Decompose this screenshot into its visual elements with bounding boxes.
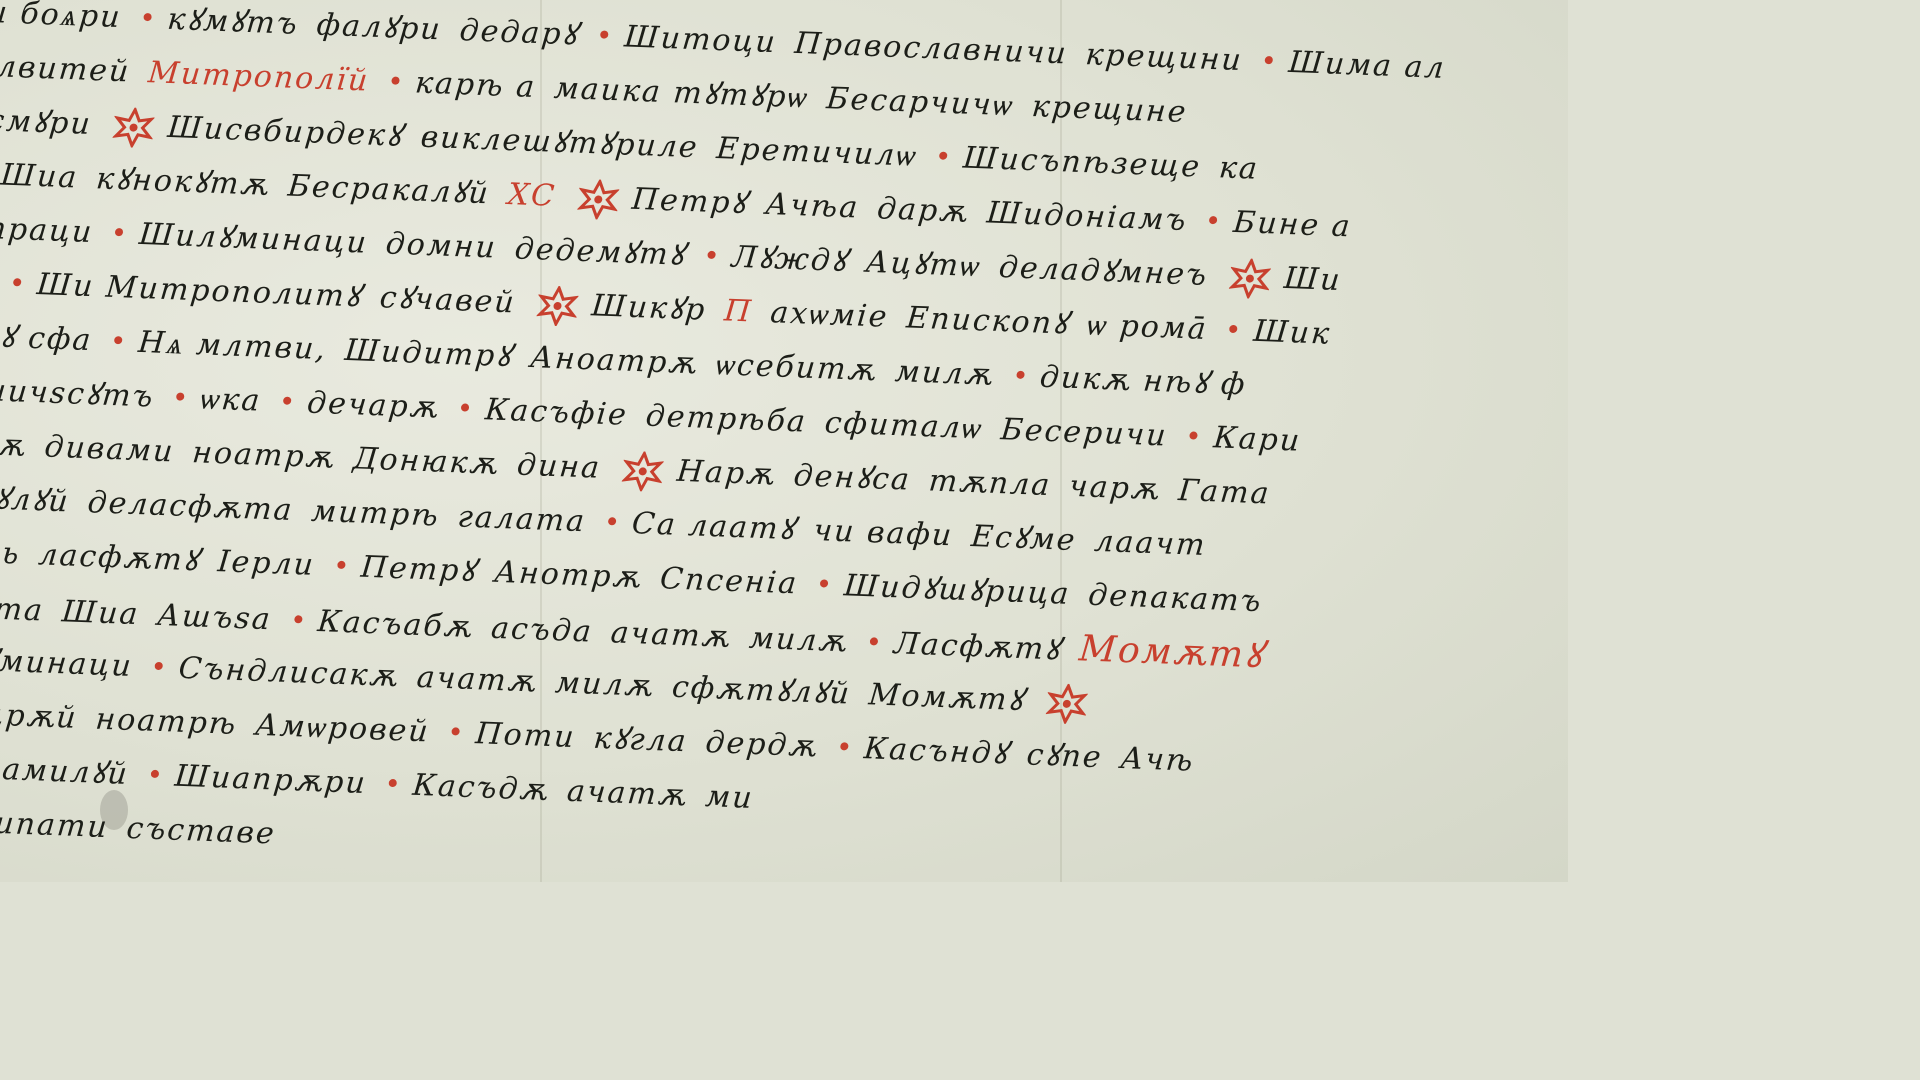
red-punctuation-dot [451, 727, 460, 735]
manuscript-word: ласфѫтꙋ [36, 528, 202, 588]
manuscript-word: асъда [489, 602, 595, 660]
manuscript-word: чарѫ [1067, 460, 1163, 517]
manuscript-word: Ласфѫтꙋ [891, 617, 1063, 677]
manuscript-word: Анoатрѫ [528, 331, 700, 391]
manuscript-word: и боѧри [0, 0, 124, 45]
manuscript-word: сꙋчавей [377, 271, 518, 330]
red-star-ornament-icon [536, 285, 580, 326]
red-punctuation-dot [294, 615, 303, 623]
red-punctuation-dot [939, 152, 948, 160]
manuscript-word: Ши [1282, 252, 1344, 308]
manuscript-text: и боѧрикꙋмꙋтъфалꙋридедарꙋШитоциПравослав… [0, 0, 1568, 882]
manuscript-word: Бесеричи [998, 403, 1170, 463]
manuscript-word: ѡсебитѫ [713, 338, 879, 398]
manuscript-word: Гата [1176, 464, 1273, 521]
manuscript-word: Ачѣа [763, 178, 862, 235]
red-punctuation-dot [283, 397, 292, 405]
manuscript-word: Шима ал [1286, 36, 1448, 96]
manuscript-word: милѫ [893, 345, 997, 403]
manuscript-word: Донꙗкѫ [351, 432, 502, 491]
manuscript-word: Касъндꙋ [862, 722, 1012, 781]
manuscript-word: ачатѫ [608, 606, 733, 664]
red-star-ornament-icon [112, 107, 156, 148]
manuscript-word: Нарѫ [674, 445, 778, 503]
red-punctuation-dot [337, 561, 346, 569]
red-star-ornament-icon [576, 179, 620, 220]
manuscript-word: съставе [124, 802, 278, 862]
manuscript-word: крещине [1029, 80, 1190, 140]
manuscript-word: Шисвбирдекꙋ [165, 101, 405, 164]
red-punctuation-dot [707, 251, 716, 259]
red-punctuation-dot [608, 517, 617, 525]
manuscript-word: ачатѫ [565, 765, 690, 823]
manuscript-word: чичѕсꙋтъ [0, 364, 157, 424]
manuscript-word: Бине а [1231, 196, 1354, 254]
manuscript-word: и лꙋминаци [0, 632, 135, 694]
manuscript-word: депакатъ [1086, 569, 1265, 630]
manuscript-word: детрѣба [643, 390, 809, 450]
red-punctuation-dot [840, 742, 849, 750]
manuscript-word: Съндлисакѫ [176, 642, 401, 704]
rubric-word: Митрополїй [146, 46, 372, 108]
manuscript-word: маць [0, 524, 23, 581]
manuscript-word: Кари [1211, 411, 1303, 468]
manuscript-word: Шиа [0, 149, 81, 206]
manuscript-word: Шилꙋминаци [137, 208, 371, 271]
manuscript-word: деласфѫта [85, 476, 296, 538]
manuscript-word: Петрꙋ [630, 173, 750, 231]
manuscript-word: Шиа [60, 585, 142, 642]
red-star-ornament-icon [1045, 683, 1089, 724]
manuscript-page: и боѧрикꙋмꙋтъфалꙋридедарꙋШитоциПравослав… [0, 0, 1568, 882]
red-punctuation-dot [870, 637, 879, 645]
manuscript-word: ніа црѫй [0, 686, 80, 746]
manuscript-word: Поти [473, 707, 578, 765]
manuscript-word: митрѣ [309, 485, 442, 544]
red-punctuation-dot [1016, 371, 1025, 379]
manuscript-word: милѫ [747, 612, 851, 670]
red-punctuation-dot [1209, 216, 1218, 224]
manuscript-word: Шисъпѣзеще [961, 132, 1204, 195]
manuscript-word: Апраци [0, 201, 96, 260]
manuscript-word: фалꙋри [314, 0, 444, 57]
manuscript-word: зѡрѫ [0, 416, 29, 473]
manuscript-word: нємꙋри [0, 93, 94, 152]
manuscript-word: прꙋ сфа [0, 309, 95, 368]
red-punctuation-dot [1229, 325, 1238, 333]
manuscript-word: крещини [1083, 28, 1245, 88]
manuscript-word: сфиталѡ [822, 396, 985, 456]
manuscript-word: домни [383, 217, 499, 275]
manuscript-word: Нѧ млтви, [136, 316, 329, 377]
manuscript-word: дивами [42, 421, 177, 480]
manuscript-word: дердѫ [703, 716, 820, 774]
manuscript-word: Шиамилꙋй [0, 741, 131, 802]
manuscript-word: сфѫтꙋлꙋй [670, 661, 854, 722]
manuscript-word: Лꙋждꙋ [729, 231, 850, 289]
red-punctuation-dot [13, 278, 22, 286]
manuscript-word: Іерли [215, 535, 317, 593]
manuscript-word: ми [703, 770, 756, 826]
manuscript-word: Анотрѫ [492, 546, 645, 606]
manuscript-word: Ашъѕа [155, 589, 274, 647]
manuscript-word: дарѫ [875, 182, 972, 239]
manuscript-word: дедарꙋ [457, 4, 581, 62]
manuscript-word: Шидитрꙋ [342, 324, 514, 384]
manuscript-word: итꙋлꙋй [0, 471, 72, 530]
red-punctuation-dot [461, 403, 470, 411]
manuscript-word: Са лаатꙋ [629, 497, 798, 557]
manuscript-word: Бесарчичѡ [824, 72, 1016, 133]
manuscript-word: блвитей [0, 40, 133, 100]
manuscript-word: дикѫ нѣꙋ ф [1037, 351, 1248, 413]
red-star-ornament-icon [1228, 258, 1272, 299]
red-punctuation-dot [151, 770, 160, 778]
manuscript-word: Бесракалꙋй [285, 160, 492, 222]
manuscript-word: ѡ ромā [1085, 298, 1210, 356]
manuscript-word: ипати [0, 797, 111, 855]
manuscript-word: Есꙋме [969, 510, 1079, 568]
manuscript-word: лаачт [1092, 515, 1209, 573]
manuscript-word: денꙋса [791, 449, 913, 507]
manuscript-word: Петрꙋ [358, 541, 478, 599]
manuscript-word: галата [455, 490, 588, 549]
manuscript-word: Шитоци [622, 10, 779, 70]
red-punctuation-dot [115, 228, 124, 236]
red-star-ornament-icon [621, 451, 665, 492]
rubric-word: П [722, 285, 755, 340]
manuscript-word: дина [515, 439, 604, 496]
manuscript-word: ноатрѫ [190, 426, 338, 485]
rubric-word: ХС [505, 168, 558, 224]
rubric-word: Момѫтꙋ [1077, 622, 1266, 683]
manuscript-word: Спсеніа [658, 552, 801, 611]
manuscript-word: ноатрѣ [93, 693, 240, 752]
manuscript-word: сꙋпе [1024, 728, 1105, 785]
manuscript-word: кꙋмꙋтъ [165, 0, 301, 52]
manuscript-word: Шик [1251, 305, 1333, 362]
manuscript-word: маика тꙋтꙋрѡ [552, 62, 811, 126]
red-punctuation-dot [176, 392, 185, 400]
manuscript-word: Касъабѫ [315, 595, 475, 655]
red-punctuation-dot [820, 579, 829, 587]
red-punctuation-dot [389, 779, 398, 787]
manuscript-word: Момѫтꙋ [866, 668, 1027, 728]
manuscript-word: Епископꙋ [904, 291, 1071, 351]
manuscript-word: Шиапрѫри [172, 750, 369, 811]
manuscript-word: ѡка [198, 372, 264, 428]
manuscript-word: а лета [0, 580, 46, 639]
manuscript-word: деладꙋмнеъ [997, 241, 1211, 303]
red-punctuation-dot [1265, 56, 1274, 64]
manuscript-word: Еретичилѡ [714, 122, 920, 184]
manuscript-word: Шикꙋр [589, 279, 709, 337]
manuscript-word: дечарѫ [305, 377, 442, 436]
manuscript-word: ка [1217, 141, 1262, 196]
manuscript-word: Ачѣ [1118, 732, 1197, 789]
manuscript-word: дедемꙋтꙋ [512, 222, 688, 282]
red-punctuation-dot [143, 13, 152, 21]
manuscript-word: Касъдѫ [410, 759, 551, 818]
manuscript-word: тѫпла [926, 454, 1053, 513]
manuscript-word: карѣ а [413, 56, 539, 114]
manuscript-word: чи вафи [811, 504, 955, 563]
manuscript-word: ачатѫ [414, 651, 539, 709]
manuscript-word: ахѡміе [768, 286, 891, 344]
manuscript-word: кꙋгла [591, 712, 690, 769]
red-punctuation-dot [155, 662, 164, 670]
manuscript-word: кꙋнокꙋтѫ [94, 152, 273, 213]
manuscript-word: Шидоніамъ [984, 187, 1190, 249]
manuscript-word: Ацꙋтѡ [863, 236, 983, 294]
manuscript-word: милѫ [553, 656, 657, 714]
red-punctuation-dot [1189, 431, 1198, 439]
manuscript-word: Амѡровей [253, 699, 432, 760]
red-punctuation-dot [391, 76, 400, 84]
manuscript-word: Шидꙋшꙋрица [842, 559, 1073, 622]
red-punctuation-dot [114, 336, 123, 344]
manuscript-word: Касъфіе [483, 383, 631, 442]
red-punctuation-dot [600, 30, 609, 38]
